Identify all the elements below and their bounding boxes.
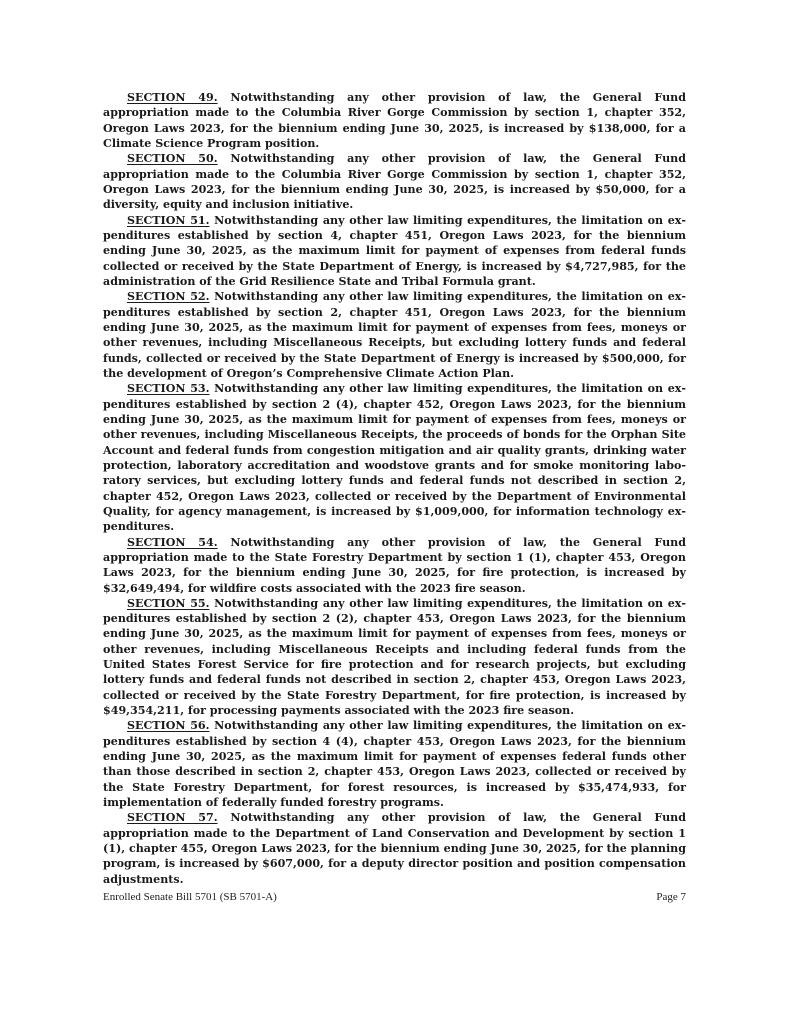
section-51: SECTION 51. Notwithstanding any other la…	[103, 213, 686, 290]
section-label: SECTION 50.	[127, 152, 218, 165]
section-label: SECTION 51.	[127, 214, 210, 227]
section-text: Notwithstanding any other law limiting e…	[103, 719, 686, 809]
section-49: SECTION 49. Notwithstanding any other pr…	[103, 90, 686, 151]
section-text: Notwithstanding any other law limiting e…	[103, 290, 686, 380]
section-52: SECTION 52. Notwithstanding any other la…	[103, 289, 686, 381]
section-label: SECTION 55.	[127, 597, 210, 610]
page-footer: Enrolled Senate Bill 5701 (SB 5701-A) Pa…	[103, 891, 686, 903]
section-label: SECTION 52.	[127, 290, 210, 303]
section-label: SECTION 56.	[127, 719, 210, 732]
section-54: SECTION 54. Notwithstanding any other pr…	[103, 535, 686, 596]
section-label: SECTION 54.	[127, 536, 218, 549]
section-57: SECTION 57. Notwithstanding any other pr…	[103, 810, 686, 887]
bill-identifier: Enrolled Senate Bill 5701 (SB 5701-A)	[103, 891, 277, 903]
section-text: Notwithstanding any other law limiting e…	[103, 597, 686, 717]
document-body: SECTION 49. Notwithstanding any other pr…	[103, 90, 686, 887]
section-50: SECTION 50. Notwithstanding any other pr…	[103, 151, 686, 212]
section-text: Notwithstanding any other law limiting e…	[103, 382, 686, 533]
section-53: SECTION 53. Notwithstanding any other la…	[103, 381, 686, 534]
section-label: SECTION 57.	[127, 811, 218, 824]
page-number: Page 7	[656, 891, 686, 903]
section-55: SECTION 55. Notwithstanding any other la…	[103, 596, 686, 719]
section-56: SECTION 56. Notwithstanding any other la…	[103, 718, 686, 810]
section-label: SECTION 53.	[127, 382, 210, 395]
section-label: SECTION 49.	[127, 91, 218, 104]
